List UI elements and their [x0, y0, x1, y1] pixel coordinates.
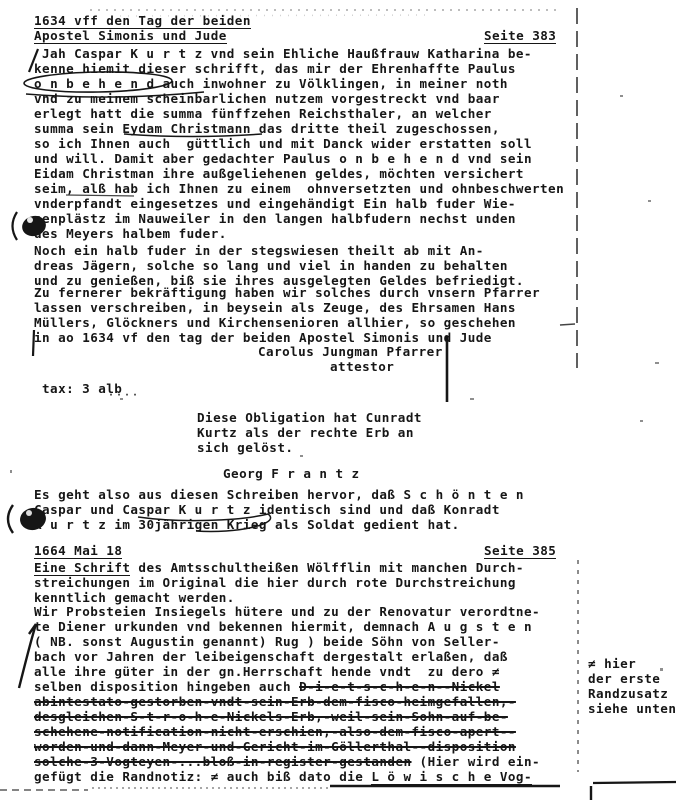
ink-blob-highlight: [26, 510, 32, 516]
text-line: Eine Schrift des Amtsschultheißen Wölffl…: [34, 560, 524, 575]
pen-paren-mark: [13, 212, 18, 240]
text-run: (Hier wird ein-: [412, 754, 541, 769]
bottom-edge-rule: [593, 782, 676, 783]
text-line: ( NB. sonst Augustin genannt) Rug ) beid…: [34, 634, 540, 649]
eine-schrift-underlined: Eine Schrift: [34, 560, 130, 576]
struck-text: schehene-notification-nicht-erschien,-al…: [34, 724, 540, 739]
page-ref-385: Seite 385: [484, 543, 556, 558]
scanned-document-page: 1634 vff den Tag der beiden Apostel Simo…: [0, 0, 676, 800]
eydam-christmann-underlined: Eydam Christmann: [122, 121, 251, 136]
text-line: selben disposition hingeben auch D-i-e-t…: [34, 679, 540, 694]
struck-text: solche-3-Vogteyen-...bloß-in-register-ge…: [34, 754, 412, 769]
text-line: kenntlich gemacht werden.: [34, 590, 524, 605]
struck-text: abintestato-gestorben-vndt-sein-Erb-dem-…: [34, 694, 540, 709]
pen-tick-mark: [560, 324, 575, 325]
heading-1634-line2: Apostel Simonis und JudeSeite 383: [34, 28, 251, 43]
text-line: Jah Caspar K u r t z vnd sein Ehliche Ha…: [34, 46, 564, 61]
text-run: summa sein: [34, 121, 122, 136]
onbehend-emphasis: o n b e h e n d: [34, 76, 154, 91]
struck-text: D-i-e-t-s-c-h-e-n--Nickel: [299, 679, 500, 694]
text-line: Eidam Christman ihre außgeliehenen gelde…: [34, 166, 564, 181]
text-run: selben disposition hingeben auch: [34, 679, 299, 694]
text-line: summa sein Eydam Christmann das dritte t…: [34, 121, 564, 136]
text-line: dreas Jägern, solche so lang und viel in…: [34, 258, 524, 273]
page-ref-383-text: Seite 383: [484, 28, 556, 44]
text-run: des Amtsschultheißen Wölfflin mit manche…: [130, 560, 524, 575]
text-run: das dritte theil zugeschossen,: [251, 121, 500, 136]
text-line: des Meyers halbem fuder.: [34, 226, 564, 241]
text-line: streichungen im Original die hier durch …: [34, 575, 524, 590]
ink-blob-highlight: [27, 217, 33, 223]
heading-1664: 1664 Mai 18Seite 385: [34, 543, 122, 558]
margin-note-line: Randzusatz: [588, 686, 676, 701]
loewische-underlined: L ö w i s c h e Vog-: [371, 769, 532, 785]
text-line: vnderpfandt eingesetzes und eingehändigt…: [34, 196, 564, 211]
paragraph-obligation-1634: Jah Caspar K u r t z vnd sein Ehliche Ha…: [34, 46, 564, 241]
text-run: gefügt die Randnotiz: ≠ auch biß dato di…: [34, 769, 371, 784]
paragraph-conclusion: Es geht also aus diesen Schreiben hervor…: [34, 487, 524, 532]
text-line: so ich Ihnen auch güttlich und mit Danck…: [34, 136, 564, 151]
text-line: Müllers, Glöckners und Kirchensenioren a…: [34, 315, 540, 330]
paragraph-bekraeftigung: Zu fernerer bekräftigung haben wir solch…: [34, 285, 540, 345]
text-line: Zu fernerer bekräftigung haben wir solch…: [34, 285, 540, 300]
text-line: bach vor Jahren der leibeigenschaft derg…: [34, 649, 540, 664]
text-line: Noch ein halb fuder in der stegswiesen t…: [34, 243, 524, 258]
text-line: Kurtz als der rechte Erb an: [197, 425, 422, 440]
heading-1634: 1634 vff den Tag der beiden Apostel Simo…: [34, 13, 251, 43]
signature-georg-frantz: Georg F r a n t z: [223, 466, 360, 481]
struck-text: worden-und-dann-Meyer-und-Gericht-im-Göl…: [34, 739, 540, 754]
text-line: in ao 1634 vf den tag der beiden Apostel…: [34, 330, 540, 345]
text-line: und will. Damit aber gedachter Paulus o …: [34, 151, 564, 166]
text-line: te Diener urkunden vnd bekennen hiermit,…: [34, 619, 540, 634]
text-line: seim, alß hab ich Ihnen zu einem ohnvers…: [34, 181, 564, 196]
text-line: Wir Probsteien Insiegels hütere und zu d…: [34, 604, 540, 619]
text-line: kenne hiemit dieser schrifft, das mir de…: [34, 61, 564, 76]
ink-dots: ····: [108, 390, 140, 401]
heading-1634-line2-text: Apostel Simonis und Jude: [34, 28, 227, 44]
margin-note-right: ≠ hier der erste Randzusatz siehe unten: [588, 656, 676, 716]
heading-1664-line: 1664 Mai 18Seite 385: [34, 543, 122, 558]
obligation-redemption-note: Diese Obligation hat Cunradt Kurtz als d…: [197, 410, 422, 455]
page-ref-383: Seite 383: [484, 28, 556, 43]
text-line: o n b e h e n d auch inwohner zu Völklin…: [34, 76, 564, 91]
text-line: lassen verschreiben, in beysein als Zeug…: [34, 300, 540, 315]
signature-role: attestor: [330, 359, 443, 374]
text-line: vnd zu meinem scheinbarlichen nutzem vor…: [34, 91, 564, 106]
paragraph-probstei-strikethrough: Wir Probsteien Insiegels hütere und zu d…: [34, 604, 540, 784]
text-line: Diese Obligation hat Cunradt: [197, 410, 422, 425]
signature-name: Carolus Jungman Pfarrer: [258, 344, 443, 359]
heading-1634-line1: 1634 vff den Tag der beiden: [34, 13, 251, 28]
text-line: solche-3-Vogteyen-...bloß-in-register-ge…: [34, 754, 540, 769]
signature-block-pfarrer: Carolus Jungman Pfarrer attestor: [258, 344, 443, 374]
text-line: Caspar und Caspar K u r t z identisch si…: [34, 502, 524, 517]
text-run: auch inwohner zu Völklingen, in meiner n…: [154, 76, 507, 91]
text-line: K u r t z im 30jährigen Krieg als Soldat…: [34, 517, 524, 532]
text-line: Es geht also aus diesen Schreiben hervor…: [34, 487, 524, 502]
margin-note-line: der erste: [588, 671, 676, 686]
margin-note-line: ≠ hier: [588, 656, 676, 671]
paragraph-schrift-woelfflin: Eine Schrift des Amtsschultheißen Wölffl…: [34, 560, 524, 605]
text-line: senplästz im Nauweiler in den langen hal…: [34, 211, 564, 226]
struck-text: desgleichen-S-t-r-o-h-e-Nickels-Erb,-wei…: [34, 709, 540, 724]
heading-1634-line1-text: 1634 vff den Tag der beiden: [34, 13, 251, 29]
pen-paren-mark: [8, 505, 13, 533]
page-ref-385-text: Seite 385: [484, 543, 556, 559]
text-line: erlegt hatt die summa fünffzehen Reichst…: [34, 106, 564, 121]
signature-name: Georg F r a n t z: [223, 466, 360, 481]
text-line: sich gelöst.: [197, 440, 422, 455]
heading-1664-date: 1664 Mai 18: [34, 543, 122, 559]
paragraph-stegswiesen: Noch ein halb fuder in der stegswiesen t…: [34, 243, 524, 288]
text-line: alle ihre güter in der gn.Herrschaft hen…: [34, 664, 540, 679]
text-line: gefügt die Randnotiz: ≠ auch biß dato di…: [34, 769, 540, 784]
margin-note-line: siehe unten: [588, 701, 676, 716]
